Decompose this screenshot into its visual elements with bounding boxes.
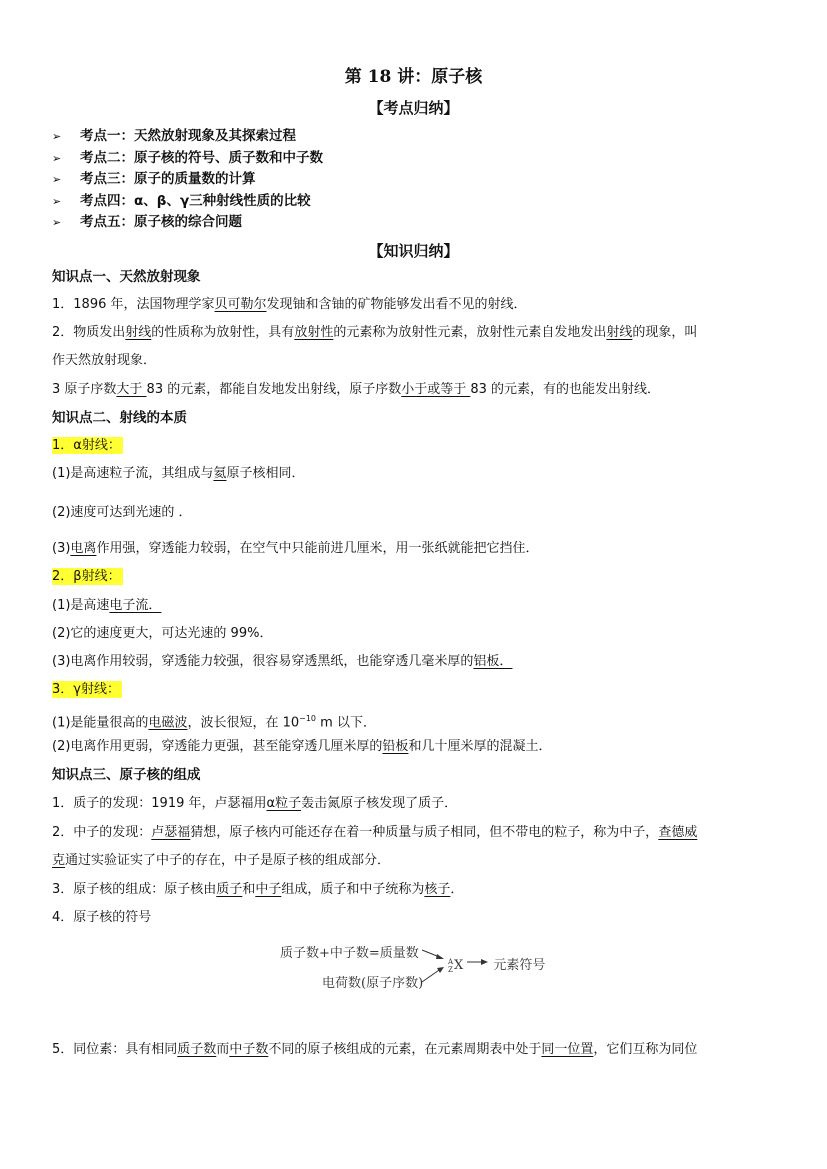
kp1-line2: 2．物质发出射线的性质称为放射性，具有放射性的元素称为放射性元素，放射性元素自发… xyxy=(52,324,697,342)
arrow-bullet-icon: ➢ xyxy=(52,169,80,191)
mass-number-label: 质子数+中子数=质量数 xyxy=(280,942,419,961)
alpha-p1: (1)是高速粒子流，其组成与氦原子核相同． xyxy=(52,465,304,483)
document-page: 第 18 讲：原子核 【考点归纳】 ➢考点一：天然放射现象及其探索过程 ➢考点二… xyxy=(0,0,827,1169)
list-item: ➢考点二：原子核的符号、质子数和中子数 xyxy=(52,148,323,170)
kp1-line2b: 作天然放射现象． xyxy=(52,352,156,370)
alpha-p2: (2)速度可达到光速的 ． xyxy=(52,504,192,522)
arrow-bullet-icon: ➢ xyxy=(52,191,80,213)
list-item: ➢考点一：天然放射现象及其探索过程 xyxy=(52,126,323,148)
knowledge-heading: 【知识归纳】 xyxy=(0,240,827,261)
kp3-line2: 2．中子的发现：卢瑟福猜想，原子核内可能还存在着一种质量与质子相同，但不带电的粒… xyxy=(52,824,697,842)
list-item: ➢考点五：原子核的综合问题 xyxy=(52,212,323,234)
kp1-line3: 3 原子序数大于 83 的元素，都能自发地发出射线，原子序数小于或等于 83 的… xyxy=(52,381,660,399)
exam-points-list: ➢考点一：天然放射现象及其探索过程 ➢考点二：原子核的符号、质子数和中子数 ➢考… xyxy=(52,126,323,234)
list-item: ➢考点四：α、β、γ三种射线性质的比较 xyxy=(52,191,323,213)
gamma-p2: (2)电离作用更弱，穿透能力更强，甚至能穿透几厘米厚的铅板和几十厘米厚的混凝土． xyxy=(52,738,551,756)
beta-p3: (3)电离作用较弱，穿透能力较强，很容易穿透黑纸，也能穿透几毫米厚的铝板． xyxy=(52,653,512,671)
alpha-p3: (3)电离作用强，穿透能力较弱，在空气中只能前进几厘米，用一张纸就能把它挡住． xyxy=(52,540,538,558)
arrow-bullet-icon: ➢ xyxy=(52,212,80,234)
page-title: 第 18 讲：原子核 xyxy=(0,62,827,87)
beta-heading: 2．β射线： xyxy=(52,568,123,586)
kp3-line5: 5．同位素：具有相同质子数而中子数不同的原子核组成的元素，在元素周期表中处于同一… xyxy=(52,1041,697,1059)
nucleus-symbol-diagram: 质子数+中子数=质量数 电荷数(原子序数) AZX 元素符号 xyxy=(280,938,550,996)
charge-number-label: 电荷数(原子序数) xyxy=(322,972,423,991)
kp2-title: 知识点二、射线的本质 xyxy=(52,409,187,427)
kp1-line1: 1．1896 年，法国物理学家贝可勒尔发现铀和含铀的矿物能够发出看不见的射线． xyxy=(52,296,527,314)
gamma-p1: (1)是能量很高的电磁波，波长很短，在 10−10 m 以下． xyxy=(52,710,376,732)
arrow-bullet-icon: ➢ xyxy=(52,148,80,170)
beta-p2: (2)它的速度更大，可达光速的 99%． xyxy=(52,625,272,643)
kp3-line1: 1．质子的发现：1919 年，卢瑟福用α粒子轰击氮原子核发现了质子． xyxy=(52,795,457,813)
kp3-title: 知识点三、原子核的组成 xyxy=(52,766,201,784)
kp3-line2b: 克通过实验证实了中子的存在，中子是原子核的组成部分． xyxy=(52,852,390,870)
kp1-title: 知识点一、天然放射现象 xyxy=(52,268,201,286)
element-symbol: AZX 元素符号 xyxy=(448,954,545,974)
list-item: ➢考点三：原子的质量数的计算 xyxy=(52,169,323,191)
kp3-line4: 4．原子核的符号 xyxy=(52,909,151,927)
exam-points-heading: 【考点归纳】 xyxy=(0,97,827,118)
beta-p1: (1)是高速电子流． xyxy=(52,597,161,615)
gamma-heading: 3．γ射线： xyxy=(52,681,122,699)
kp3-line3: 3．原子核的组成：原子核由质子和中子组成，质子和中子统称为核子． xyxy=(52,881,463,899)
alpha-heading: 1．α射线： xyxy=(52,437,123,455)
arrow-bullet-icon: ➢ xyxy=(52,126,80,148)
